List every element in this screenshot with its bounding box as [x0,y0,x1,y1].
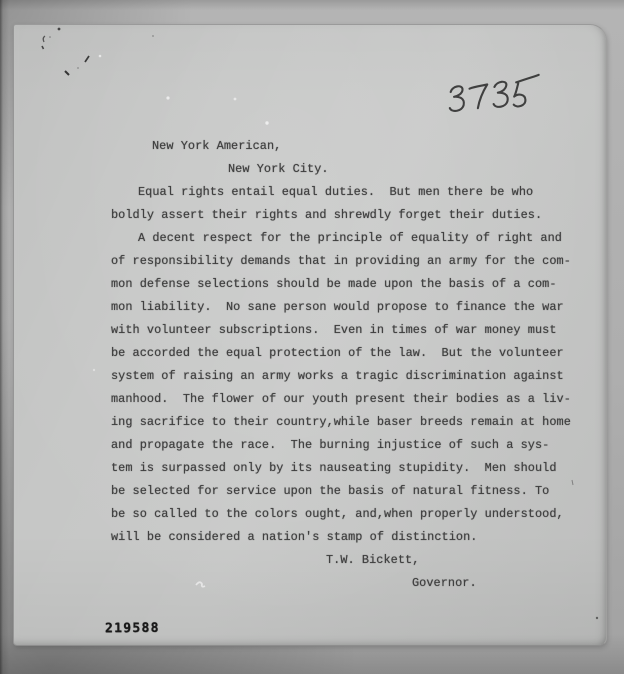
letter-line: mon defense selections should be made up… [111,273,571,296]
letter-line: be selected for service upon the basis o… [111,480,571,503]
letter-line: will be considered a nation's stamp of d… [111,526,571,549]
handwritten-number [443,71,546,120]
photo-background: New York American, New York City. Equal … [0,0,624,674]
letter-page: New York American, New York City. Equal … [13,24,607,646]
letter-line: mon liability. No sane person would prop… [111,296,571,319]
letter-line: be accorded the equal protection of the … [111,342,571,365]
letter-line: manhood. The flower of our youth present… [111,388,571,411]
letter-line: be so called to the colors ought, and,wh… [111,503,571,526]
letter-line: and propagate the race. The burning inju… [111,434,571,457]
handwritten-3735-strokes [443,71,546,120]
serial-stamp: 219588 [105,621,160,636]
recipient-line-1: New York American, [111,135,571,158]
letter-line: A decent respect for the principle of eq… [111,227,571,250]
letter-line: of responsibility demands that in provid… [111,250,571,273]
letter-line: boldly assert their rights and shrewdly … [111,204,571,227]
letter-line: system of raising an army works a tragic… [111,365,571,388]
signature-title: Governor. [111,572,571,595]
letter-text: New York American, New York City. Equal … [111,135,571,595]
letter-line: Equal rights entail equal duties. But me… [111,181,571,204]
letter-line: tem is surpassed only by its nauseating … [111,457,571,480]
letter-body: Equal rights entail equal duties. But me… [111,181,571,549]
letter-line: with volunteer subscriptions. Even in ti… [111,319,571,342]
signature-name: T.W. Bickett, [111,549,571,572]
letter-line: ing sacrifice to their country,while bas… [111,411,571,434]
recipient-line-2: New York City. [111,158,571,181]
